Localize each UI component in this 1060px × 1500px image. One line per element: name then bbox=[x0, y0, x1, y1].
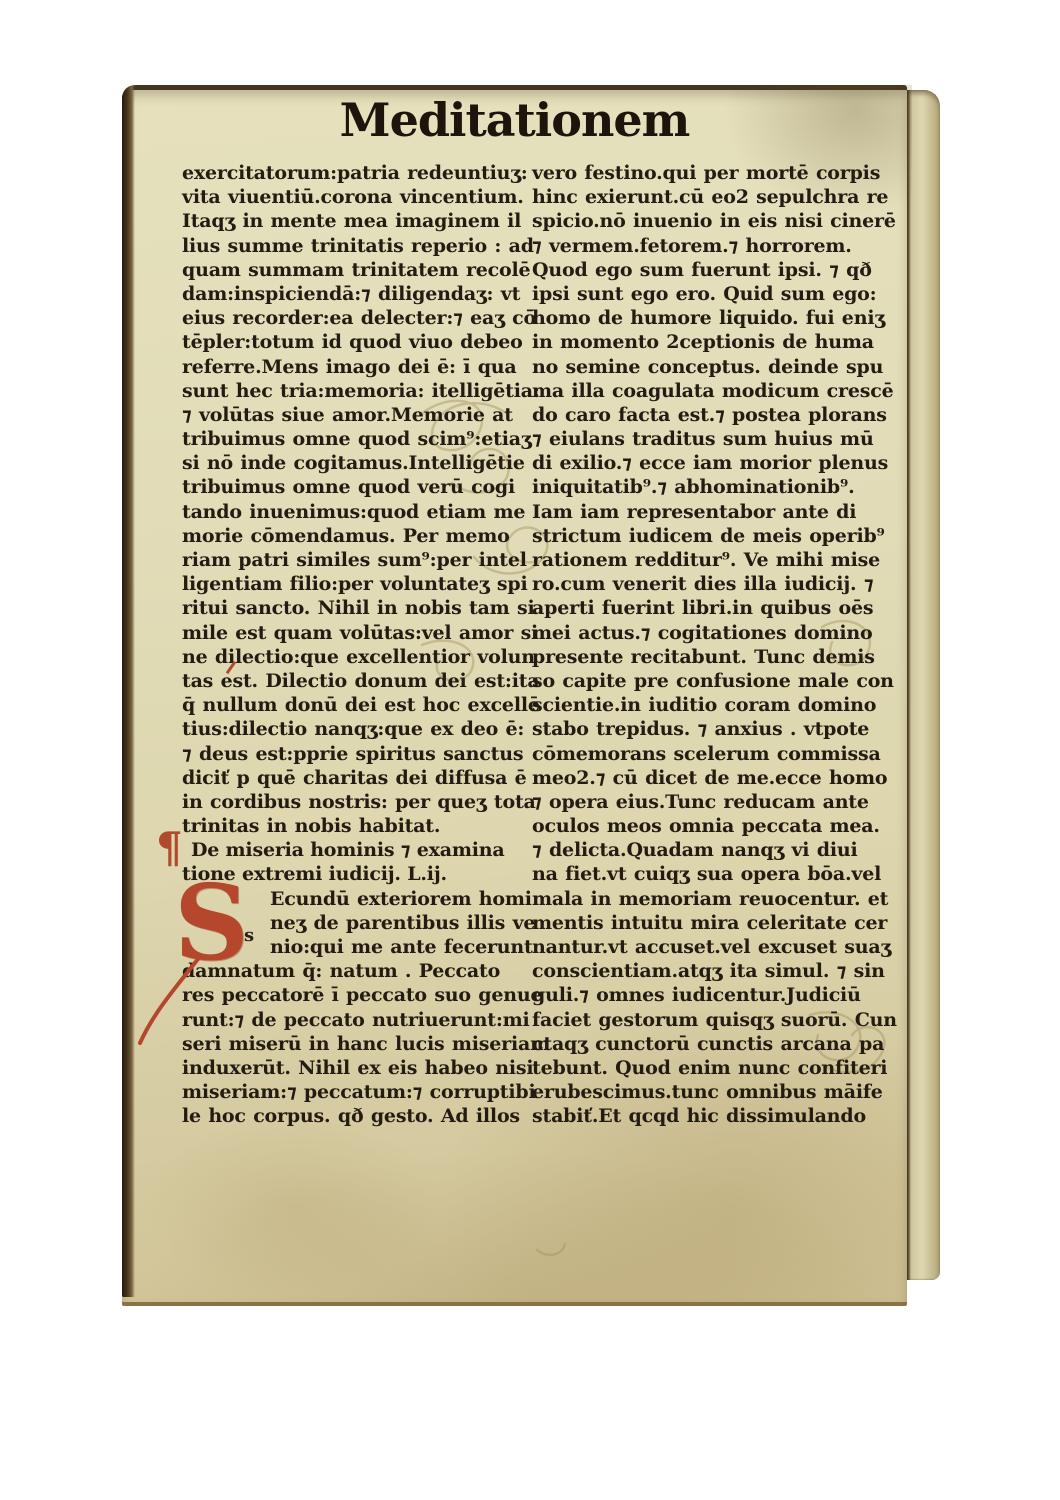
text-line: ipsi sunt ego ero. Quid sum ego: bbox=[532, 282, 892, 306]
binding-edge bbox=[122, 85, 135, 1297]
text-line: nio:qui me ante fecerunt bbox=[270, 935, 530, 959]
text-line: ctaqʒ cunctorū cunctis arcana pa bbox=[532, 1032, 892, 1056]
text-line: conscientiam.atqʒ ita simul. ⁊ sin bbox=[532, 959, 892, 983]
text-line: morie cōmendamus. Per memo bbox=[182, 524, 530, 548]
section-lines: damnatum q̄: natum . Peccatores peccator… bbox=[182, 959, 530, 1128]
paper-stain-bottom bbox=[142, 1115, 442, 1295]
text-line: Itaqʒ in mente mea imaginem il bbox=[182, 209, 530, 233]
text-line: faciet gestorum quisqʒ suorū. Cun bbox=[532, 1008, 892, 1032]
text-line: tribuimus omne quod verū cogi bbox=[182, 475, 530, 499]
text-line: spicio.nō inuenio in eis nisi cinerē bbox=[532, 209, 892, 233]
text-line: meo2.⁊ cū dicet de me.ecce homo bbox=[532, 766, 892, 790]
text-line: so capite pre confusione male con bbox=[532, 669, 892, 693]
text-line: ⁊ vermem.fetorem.⁊ horrorem. bbox=[532, 234, 892, 258]
text-line: ⁊ eiulans traditus sum huius mū bbox=[532, 427, 892, 451]
text-line: sunt hec tria:memoria: itelligētia: bbox=[182, 379, 530, 403]
text-line: ⁊ volūtas siue amor.Memorie at bbox=[182, 403, 530, 427]
text-line: tēpler:totum id quod viuo debeo bbox=[182, 330, 530, 354]
text-line: ma illa coagulata modicum crescē bbox=[532, 379, 892, 403]
tail-path bbox=[140, 959, 198, 1043]
text-line: neʒ de parentibus illis ve bbox=[270, 911, 530, 935]
text-line: ⁊ opera eius.Tunc reducam ante bbox=[532, 790, 892, 814]
text-line: in cordibus nostris: per queʒ tota bbox=[182, 790, 530, 814]
text-line: na fiet.vt cuiqʒ sua opera bōa.vel bbox=[532, 862, 892, 886]
text-line: runt:⁊ de peccato nutriuerunt:mi bbox=[182, 1008, 530, 1032]
text-column-right: vero festino.qui per mortē corpishinc ex… bbox=[532, 161, 892, 1129]
text-line: scientie.in iuditio coram domino bbox=[532, 693, 892, 717]
text-line: mei actus.⁊ cogitationes domino bbox=[532, 621, 892, 645]
text-line: referre.Mens imago dei ē: ī qua bbox=[182, 355, 530, 379]
text-line: oculos meos omnia peccata mea. bbox=[532, 814, 892, 838]
text-line: vero festino.qui per mortē corpis bbox=[532, 161, 892, 185]
text-line: diciť p quē charitas dei diffusa ē bbox=[182, 766, 530, 790]
text-line: erubescimus.tunc omnibus māife bbox=[532, 1080, 892, 1104]
heading-line: ¶ De miseria hominis ⁊ examina bbox=[182, 838, 530, 862]
text-line: nantur.vt accuset.vel excuset suaʒ bbox=[532, 935, 892, 959]
text-line: quam summam trinitatem recolē bbox=[182, 258, 530, 282]
text-line: iniquitatib⁹.⁊ abhominationib⁹. bbox=[532, 475, 892, 499]
text-line: stabo trepidus. ⁊ anxius . vtpote bbox=[532, 717, 892, 741]
text-line: Quod ego sum fuerunt ipsi. ⁊ qð bbox=[532, 258, 892, 282]
text-line: ritui sancto. Nihil in nobis tam si bbox=[182, 596, 530, 620]
text-line: induxerūt. Nihil ex eis habeo nisi bbox=[182, 1056, 530, 1080]
text-line: di exilio.⁊ ecce iam morior plenus bbox=[532, 451, 892, 475]
text-line: ⁊ delicta.Quadam nanqʒ vi diui bbox=[532, 838, 892, 862]
text-line: tribuimus omne quod scim⁹:etiaʒ bbox=[182, 427, 530, 451]
chapter-section: S s Ecundū exteriorem homineʒ de parenti… bbox=[182, 887, 530, 1129]
text-line: presente recitabunt. Tunc demis bbox=[532, 645, 892, 669]
text-line: mile est quam volūtas:vel amor si bbox=[182, 621, 530, 645]
guide-letter: s bbox=[244, 925, 254, 946]
text-line: ⁊ deus est:pprie spiritus sanctus bbox=[182, 742, 530, 766]
text-line: tebunt. Quod enim nunc confiteri bbox=[532, 1056, 892, 1080]
text-line: res peccatorē ī peccato suo genue bbox=[182, 983, 530, 1007]
text-line: seri miserū in hanc lucis miseriam bbox=[182, 1032, 530, 1056]
text-line: aperti fuerint libri.in quibus oēs bbox=[532, 596, 892, 620]
text-line: Iam iam representabor ante di bbox=[532, 500, 892, 524]
text-line: stabiť.Et qcqd hic dissimulando bbox=[532, 1104, 892, 1128]
text-line: si nō inde cogitamus.Intelligētie bbox=[182, 451, 530, 475]
text-line: dam:inspiciendā:⁊ diligendaʒ: vt bbox=[182, 282, 530, 306]
paragraph-right: vero festino.qui per mortē corpishinc ex… bbox=[532, 161, 892, 1129]
heading-text: De miseria hominis ⁊ examina bbox=[191, 839, 505, 861]
text-line: q̄ nullum donū dei est hoc excellē bbox=[182, 693, 530, 717]
text-line: no semine conceptus. deinde spu bbox=[532, 355, 892, 379]
text-line: riam patri similes sum⁹:per intel bbox=[182, 548, 530, 572]
text-line: ligentiam filio:per voluntateʒ spi bbox=[182, 572, 530, 596]
text-line: tas est. Dilectio donum dei est:ita bbox=[182, 669, 530, 693]
text-line: rationem redditur⁹. Ve mihi mise bbox=[532, 548, 892, 572]
paragraph-1: exercitatorum:patria redeuntiuʒ:vita viu… bbox=[182, 161, 530, 838]
text-line: tius:dilectio nanqʒ:que ex deo ē: bbox=[182, 717, 530, 741]
book-page-photo: Meditationem exercitatorum:patria redeun… bbox=[122, 85, 940, 1300]
underleaf-edge bbox=[907, 90, 940, 1280]
text-line: le hoc corpus. qð gesto. Ad illos bbox=[182, 1104, 530, 1128]
text-line: miseriam:⁊ peccatum:⁊ corruptibi bbox=[182, 1080, 530, 1104]
text-line: ro.cum venerit dies illa iudicij. ⁊ bbox=[532, 572, 892, 596]
text-line: lius summe trinitatis reperio : ad bbox=[182, 234, 530, 258]
text-line: do caro facta est.⁊ postea plorans bbox=[532, 403, 892, 427]
text-line: trinitas in nobis habitat. bbox=[182, 814, 530, 838]
text-line: mentis intuitu mira celeritate cer bbox=[532, 911, 892, 935]
text-line: strictum iudicem de meis operib⁹ bbox=[532, 524, 892, 548]
text-line: tando inuenimus:quod etiam me bbox=[182, 500, 530, 524]
text-line: in momento 2ceptionis de huma bbox=[532, 330, 892, 354]
page-title: Meditationem bbox=[122, 93, 907, 147]
text-column-left: exercitatorum:patria redeuntiuʒ:vita viu… bbox=[182, 161, 530, 1129]
text-line: cōmemorans scelerum commissa bbox=[532, 742, 892, 766]
text-line: hinc exierunt.cū eo2 sepulchra re bbox=[532, 185, 892, 209]
text-line: homo de humore liquido. fui eniʒ bbox=[532, 306, 892, 330]
text-line: mala in memoriam reuocentur. et bbox=[532, 887, 892, 911]
text-line: vita viuentiū.corona vincentium. bbox=[182, 185, 530, 209]
text-line: Ecundū exteriorem homi bbox=[270, 887, 530, 911]
text-line: exercitatorum:patria redeuntiuʒ: bbox=[182, 161, 530, 185]
text-line: guli.⁊ omnes iudicentur.Judiciū bbox=[532, 983, 892, 1007]
initial-tail-flourish bbox=[136, 957, 206, 1047]
text-line: eius recorder:ea delecter:⁊ eaʒ cō bbox=[182, 306, 530, 330]
